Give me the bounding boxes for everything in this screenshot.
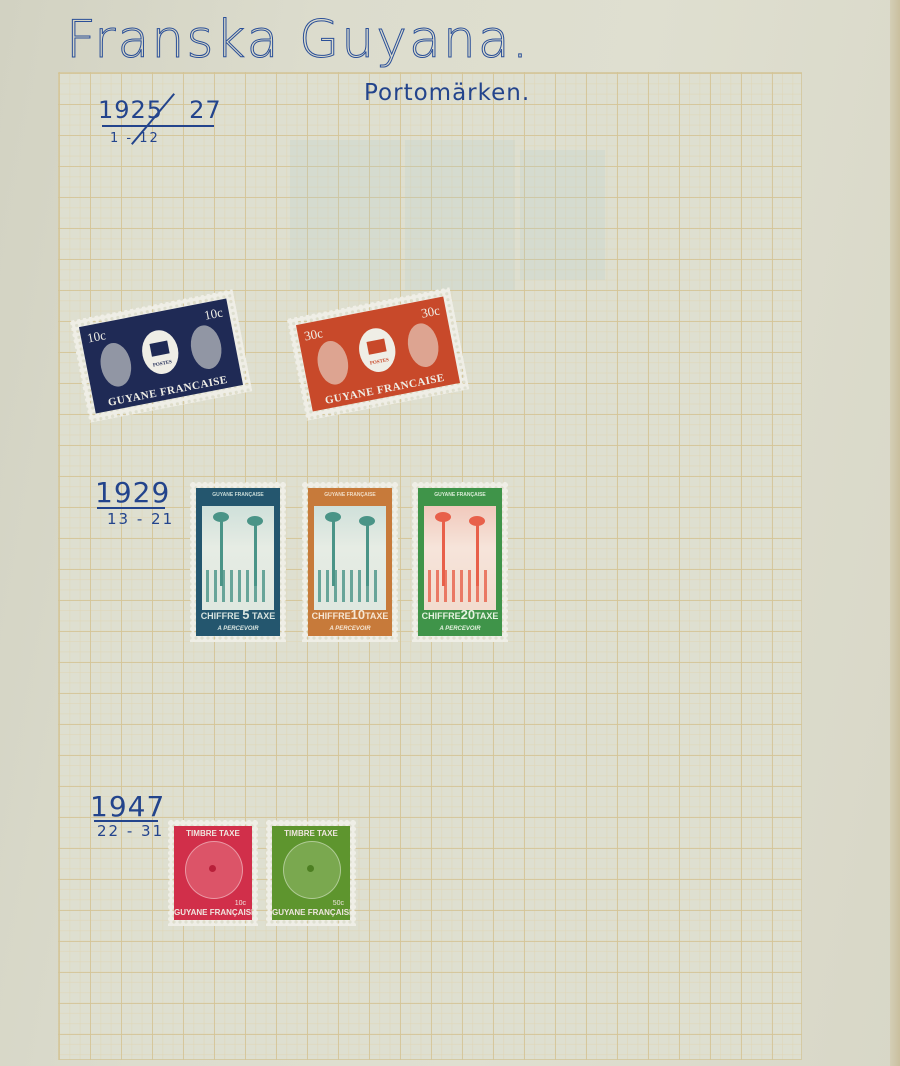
catalog-range: 22 - 31 bbox=[97, 822, 164, 840]
stamp-timbre-taxe-10c: TIMBRE TAXE 10c GUYANE FRANÇAISE bbox=[168, 820, 258, 926]
value-suffix: TAXE bbox=[475, 611, 498, 621]
page-subtitle: Portomärken. bbox=[364, 80, 530, 106]
palm-scene bbox=[424, 506, 496, 610]
value-suffix: TAXE bbox=[252, 611, 275, 621]
value-number: 5 bbox=[242, 607, 249, 622]
stamp-value-right: 10c bbox=[203, 305, 224, 324]
album-page: Franska Guyana. Portomärken. 192527 1 - … bbox=[0, 0, 900, 1066]
catalog-range: 13 - 21 bbox=[107, 510, 174, 528]
stamp-design: GUYANE FRANÇAISE CHIFFRE20TAXE A PERCEVO… bbox=[418, 488, 502, 636]
palm-scene bbox=[314, 506, 386, 610]
year-underline bbox=[102, 125, 214, 127]
stamp-note: A PERCEVOIR bbox=[418, 626, 502, 632]
palm-grove bbox=[428, 570, 492, 602]
stamp-country: GUYANE FRANÇAISE bbox=[308, 492, 392, 498]
section-year: 1947 bbox=[90, 790, 165, 823]
stamp-shadow-mark bbox=[290, 140, 400, 290]
stamp-value-left: 10c bbox=[86, 327, 107, 346]
stamp-design: TIMBRE TAXE 10c GUYANE FRANÇAISE bbox=[174, 826, 252, 920]
stamp-country: GUYANE FRANÇAISE bbox=[272, 908, 350, 917]
stamp-taxe-20: GUYANE FRANÇAISE CHIFFRE20TAXE A PERCEVO… bbox=[412, 482, 508, 642]
stamp-heading: TIMBRE TAXE bbox=[272, 829, 350, 838]
stamp-country: GUYANE FRANÇAISE bbox=[174, 908, 252, 917]
value-suffix: TAXE bbox=[365, 611, 388, 621]
stamp-value-left: 30c bbox=[303, 325, 324, 344]
palm-crown bbox=[359, 516, 375, 526]
stamp-value: 50c bbox=[333, 900, 344, 907]
stamp-design: TIMBRE TAXE 50c GUYANE FRANÇAISE bbox=[272, 826, 350, 920]
stamp-shadow-mark bbox=[405, 140, 515, 290]
palm-crown bbox=[247, 516, 263, 526]
binding-edge bbox=[890, 0, 900, 1066]
palm-crown bbox=[325, 512, 341, 522]
stamp-heading: TIMBRE TAXE bbox=[174, 829, 252, 838]
stamp-value: CHIFFRE20TAXE bbox=[418, 607, 502, 622]
stamp-taxe-5: GUYANE FRANÇAISE CHIFFRE 5 TAXE A PERCEV… bbox=[190, 482, 286, 642]
palm-grove bbox=[206, 570, 270, 602]
stamp-country: GUYANE FRANÇAISE bbox=[196, 492, 280, 498]
stamp-timbre-taxe-50c: TIMBRE TAXE 50c GUYANE FRANÇAISE bbox=[266, 820, 356, 926]
disc-center bbox=[307, 865, 314, 872]
stamp-country: GUYANE FRANÇAISE bbox=[418, 492, 502, 498]
stamp-design: GUYANE FRANÇAISE CHIFFRE10TAXE A PERCEVO… bbox=[308, 488, 392, 636]
stamp-value: CHIFFRE10TAXE bbox=[308, 607, 392, 622]
page-title: Franska Guyana. bbox=[66, 10, 530, 70]
stamp-value-right: 30c bbox=[420, 303, 441, 322]
palm-scene bbox=[202, 506, 274, 610]
stamp-value: CHIFFRE 5 TAXE bbox=[196, 607, 280, 622]
catalog-range: 1 - 12 bbox=[110, 131, 160, 146]
value-prefix: CHIFFRE bbox=[201, 611, 240, 621]
palm-grove bbox=[318, 570, 382, 602]
section-year: 1929 bbox=[95, 476, 170, 509]
palm-crown bbox=[469, 516, 485, 526]
value-prefix: CHIFFRE bbox=[422, 611, 461, 621]
value-prefix: CHIFFRE bbox=[312, 611, 351, 621]
stamp-value: 10c bbox=[235, 900, 246, 907]
stamp-shadow-mark bbox=[520, 150, 605, 280]
year-suffix: 27 bbox=[189, 96, 222, 124]
ornament bbox=[404, 321, 442, 370]
disc-center bbox=[209, 865, 216, 872]
value-number: 20 bbox=[461, 607, 475, 622]
ornament bbox=[97, 340, 135, 389]
value-number: 10 bbox=[351, 607, 365, 622]
stamp-design: GUYANE FRANÇAISE CHIFFRE 5 TAXE A PERCEV… bbox=[196, 488, 280, 636]
stamp-note: A PERCEVOIR bbox=[196, 626, 280, 632]
stamp-taxe-10: GUYANE FRANÇAISE CHIFFRE10TAXE A PERCEVO… bbox=[302, 482, 398, 642]
palm-crown bbox=[213, 512, 229, 522]
year-underline bbox=[97, 507, 165, 509]
ornament bbox=[187, 323, 225, 372]
ornament bbox=[314, 338, 352, 387]
stamp-note: A PERCEVOIR bbox=[308, 626, 392, 632]
palm-crown bbox=[435, 512, 451, 522]
